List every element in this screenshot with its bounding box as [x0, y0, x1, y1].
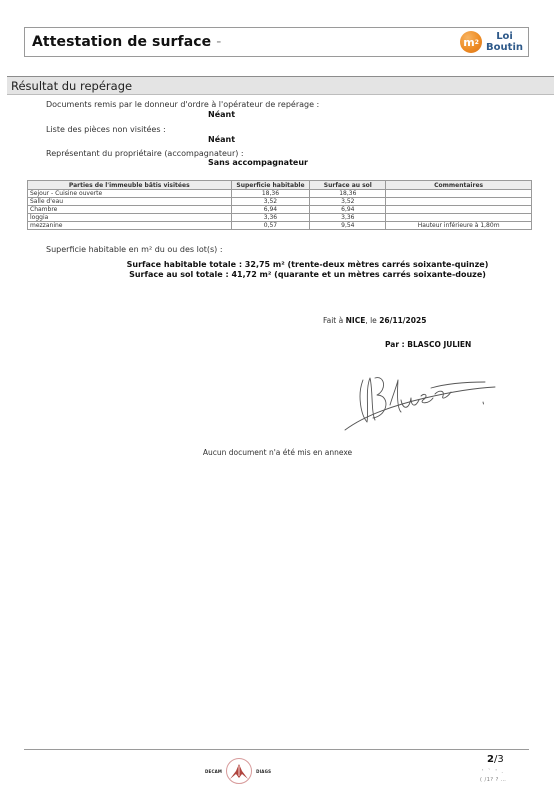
info-label-pieces-non-visitees: Liste des pièces non visitées : [46, 125, 166, 134]
cell-part: Salle d'eau [28, 198, 232, 206]
page-number: 2/3 [487, 754, 504, 765]
cell-part: loggia [28, 214, 232, 222]
document-title: Attestation de surface - [32, 34, 221, 50]
section-header: Résultat du repérage [7, 76, 554, 95]
cell-sol: 3,52 [310, 198, 386, 206]
fait-prefix: Fait à [323, 316, 346, 325]
cell-habitable: 6,94 [231, 206, 310, 214]
table-row: mezzanine 0,57 9,54 Hauteur inférieure à… [28, 222, 532, 230]
cell-comment [386, 214, 532, 222]
operator-name: Par : BLASCO JULIEN [385, 340, 471, 349]
surface-label: Superficie habitable en m² du ou des lot… [46, 245, 223, 254]
annexe-note: Aucun document n'a été mis en annexe [0, 448, 555, 457]
page-current: 2 [487, 754, 494, 765]
cell-habitable: 3,36 [231, 214, 310, 222]
surface-totals: Surface habitable totale : 32,75 m² (tre… [0, 260, 555, 280]
page-total: 3 [497, 754, 503, 765]
fait-a-line: Fait à NICE, le 26/11/2025 [323, 316, 426, 325]
cell-part: Chambre [28, 206, 232, 214]
table-row: Chambre 6,94 6,94 [28, 206, 532, 214]
cell-comment [386, 190, 532, 198]
document-reference: ' ` ' . ( /1? ? … [480, 768, 506, 784]
cell-sol: 9,54 [310, 222, 386, 230]
company-logo-icon [226, 758, 252, 784]
rooms-table: Parties de l'immeuble bâtis visitées Sup… [27, 180, 532, 230]
loi-boutin-badge: m2 Loi Boutin [460, 31, 523, 53]
table-row: Salle d'eau 3,52 3,52 [28, 198, 532, 206]
section-title: Résultat du repérage [11, 79, 132, 93]
loi-boutin-label: Loi Boutin [486, 31, 523, 53]
cell-part: mezzanine [28, 222, 232, 230]
cell-habitable: 3,52 [231, 198, 310, 206]
cell-comment: Hauteur inférieure à 1,80m [386, 222, 532, 230]
table-header-row: Parties de l'immeuble bâtis visitées Sup… [28, 181, 532, 190]
habitable-total: Surface habitable totale : 32,75 m² (tre… [60, 260, 555, 270]
info-value-pieces-non-visitees: Néant [208, 135, 235, 144]
m2-superscript: 2 [475, 39, 479, 46]
brand-right: DIAGS [256, 769, 271, 774]
sol-total: Surface au sol totale : 41,72 m² (quaran… [60, 270, 555, 280]
table-row: Sejour - Cuisine ouverte 18,36 18,36 [28, 190, 532, 198]
title-text: Attestation de surface [32, 34, 211, 50]
cell-sol: 3,36 [310, 214, 386, 222]
loi-label-line1: Loi [486, 31, 523, 42]
cell-habitable: 0,57 [231, 222, 310, 230]
table-row: loggia 3,36 3,36 [28, 214, 532, 222]
loi-label-line2: Boutin [486, 42, 523, 53]
info-value-representant: Sans accompagnateur [208, 158, 308, 167]
header-superficie-habitable: Superficie habitable [231, 181, 310, 190]
reference-line1: ' ` ' . [480, 768, 506, 776]
info-label-documents: Documents remis par le donneur d'ordre à… [46, 100, 319, 109]
signature-image [335, 360, 505, 435]
cell-comment [386, 198, 532, 206]
header-surface-au-sol: Surface au sol [310, 181, 386, 190]
cell-habitable: 18,36 [231, 190, 310, 198]
cell-part: Sejour - Cuisine ouverte [28, 190, 232, 198]
m2-symbol: m [463, 36, 474, 49]
info-value-documents: Néant [208, 110, 235, 119]
decam-diags-logo: DECAM DIAGS [205, 758, 271, 784]
city: NICE [346, 316, 366, 325]
document-header: Attestation de surface - m2 Loi Boutin [24, 27, 529, 57]
title-suffix: - [216, 34, 221, 50]
info-label-representant: Représentant du propriétaire (accompagna… [46, 149, 244, 158]
header-parties: Parties de l'immeuble bâtis visitées [28, 181, 232, 190]
cell-sol: 18,36 [310, 190, 386, 198]
m2-icon: m2 [460, 31, 482, 53]
brand-left: DECAM [205, 769, 222, 774]
date-prefix: , le [365, 316, 379, 325]
header-commentaires: Commentaires [386, 181, 532, 190]
cell-sol: 6,94 [310, 206, 386, 214]
reference-line2: ( /1? ? … [480, 776, 506, 784]
date: 26/11/2025 [379, 316, 426, 325]
cell-comment [386, 206, 532, 214]
footer-divider [24, 749, 529, 750]
